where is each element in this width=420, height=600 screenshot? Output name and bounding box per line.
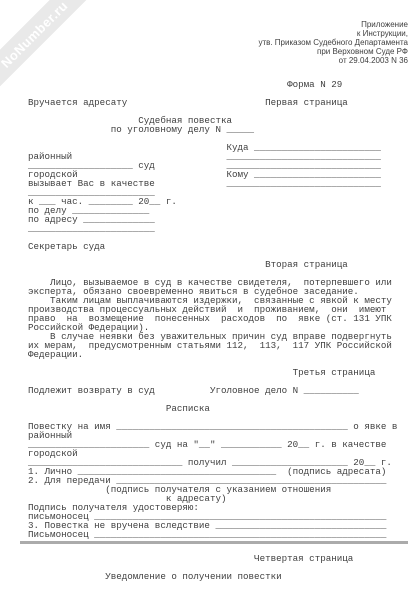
form-text-line: их мерам, предусмотренным статьями 112, … (28, 341, 397, 350)
document-page: NoNumber.ru Приложениек Инструкции,утв. … (0, 0, 420, 600)
watermark-text: NoNumber.ru (0, 0, 70, 70)
court-summons-form-footer: Четвертая страница Уведомление о получен… (28, 554, 353, 581)
header-note-line: Приложение (258, 20, 408, 29)
form-text-line: Письмоносец ____________________________… (28, 530, 397, 539)
form-text-line: Вручается адресату Первая страница (28, 98, 397, 107)
form-text-line: Вторая страница (28, 260, 397, 269)
header-note-line: к Инструкции, (258, 29, 408, 38)
form-text-line: Подлежит возврату в суд Уголовное дело N… (28, 386, 397, 395)
header-note-line: при Верховном Суде РФ (258, 47, 408, 56)
page-divider-rule (20, 541, 408, 544)
form-text-line: по уголовному делу N _____ (28, 125, 397, 134)
header-approval-note: Приложениек Инструкции,утв. Приказом Суд… (258, 20, 408, 65)
header-note-line: от 29.04.2003 N 36 (258, 56, 408, 65)
form-text-line: Расписка (28, 404, 397, 413)
form-text-line: Федерации. (28, 350, 397, 359)
form-text-line: Форма N 29 (28, 80, 397, 89)
form-text-line: _______________________ (28, 224, 397, 233)
form-text-line: Уведомление о получении повестки (28, 572, 353, 581)
form-text-line: Третья страница (28, 368, 397, 377)
form-text-line: Секретарь суда (28, 242, 397, 251)
court-summons-form-body: Форма N 29Вручается адресату Первая стра… (28, 80, 397, 539)
form-text-line: ______________________ суд на "__" _____… (28, 440, 397, 449)
header-note-line: утв. Приказом Судебного Департамента (258, 38, 408, 47)
form-text-line: Четвертая страница (28, 554, 353, 563)
form-text-line: Повестку на имя ________________________… (28, 422, 397, 431)
